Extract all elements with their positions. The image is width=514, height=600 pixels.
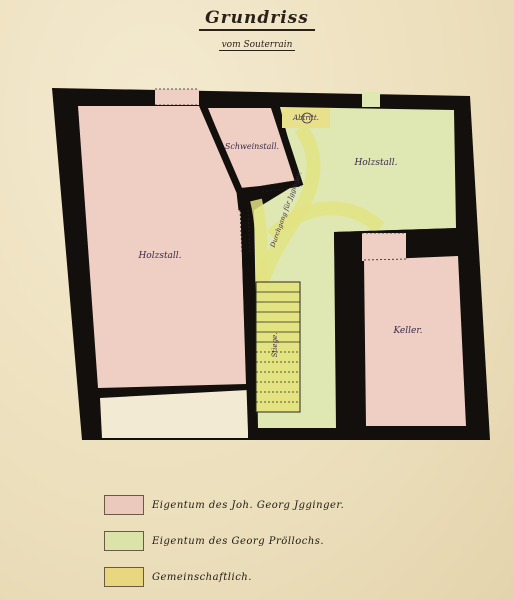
label-abtritt: Abtritt.	[292, 114, 319, 122]
legend-label: Gemeinschaftlich.	[152, 572, 252, 583]
legend-label: Eigentum des Georg Pröllochs.	[152, 536, 324, 547]
legend-swatch-pink	[104, 495, 144, 515]
legend-item-prollochs: Eigentum des Georg Pröllochs.	[104, 530, 324, 552]
top-window	[362, 92, 380, 107]
keller-doorway	[362, 233, 406, 261]
label-stiege: Stiege.	[271, 333, 279, 358]
label-keller: Keller.	[392, 326, 422, 336]
top-doorway	[155, 89, 199, 105]
legend-label: Eigentum des Joh. Georg Jgginger.	[152, 500, 344, 511]
legend-item-iggginger: Eigentum des Joh. Georg Jgginger.	[104, 494, 344, 516]
label-holzstall-right: Holzstall.	[353, 158, 397, 168]
label-schweinestall: Schweinstall.	[225, 142, 279, 151]
keller-room	[364, 256, 466, 426]
legend-item-shared: Gemeinschaftlich.	[104, 566, 252, 588]
label-holzstall-left: Holzstall.	[137, 251, 181, 261]
shared-passage-branch	[256, 200, 262, 282]
legend-swatch-green	[104, 531, 144, 551]
legend-swatch-yellow	[104, 567, 144, 587]
schweinestall-wall-bottom	[240, 190, 262, 194]
bottom-left-area	[100, 390, 248, 438]
